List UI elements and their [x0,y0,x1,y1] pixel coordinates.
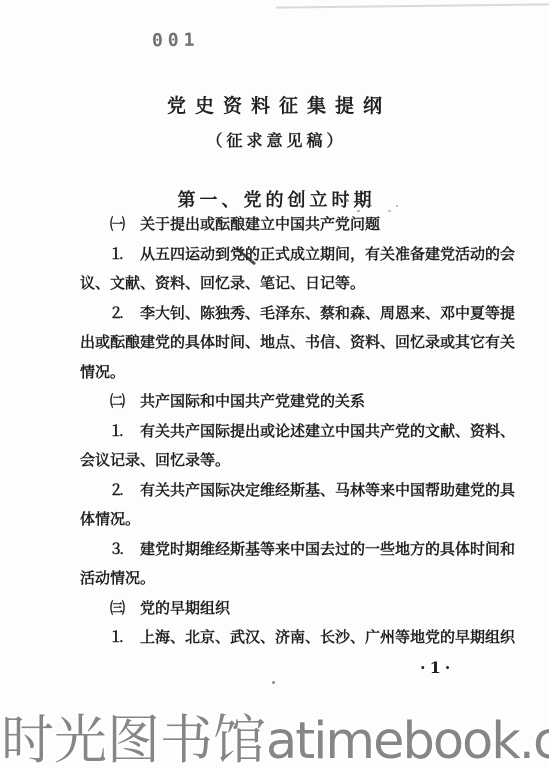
body-line: 活动情况。 [80,564,480,594]
page-number: ·1· [420,658,454,677]
body-line: ⒉ 有关共产国际决定维经斯基、马林等来中国帮助建党的具 [80,476,480,506]
ink-smudge [357,210,360,212]
body-line: 出或酝酿建党的具体时间、地点、书信、资料、回忆录或其它有关 [80,328,480,358]
body-line: ⒉ 李大钊、陈独秀、毛泽东、蔡和森、周恩来、邓中夏等提 [80,299,480,329]
body-line: 会议记录、回忆录等。 [80,446,480,476]
ink-smudge [396,205,398,207]
body-line: ㈠ 关于提出或酝酿建立中国共产党问题 [80,210,480,240]
body-line: ㈢ 党的早期组织 [80,594,480,624]
ink-smudge [345,199,349,202]
watermark-en-text: atimebook.com [266,712,549,768]
body-line: ㈡ 共产国际和中国共产党建党的关系 [80,387,480,417]
body-line: ⒈ 有关共产国际提出或论述建立中国共产党的文献、资料、 [80,417,480,447]
watermark-cn-text: 时光图书馆 [1,710,266,768]
document-subtitle: （征求意见稿） [0,128,549,151]
body-line: 情况。 [80,358,480,388]
section-heading: 第一、党的创立时期 [0,186,549,212]
scan-edge-line [276,3,549,8]
scanned-document-page: 001 党史资料征集提纲 （征求意见稿） 第一、党的创立时期 ㈠ 关于提出或酝酿… [0,0,549,768]
ink-smudge [388,210,391,212]
body-line: ⒈ 上海、北京、武汉、济南、长沙、广州等地党的早期组织 [80,623,480,653]
document-title: 党史资料征集提纲 [0,91,549,118]
document-body: ㈠ 关于提出或酝酿建立中国共产党问题 ⒈ 从五四运动到党的正式成立期间，有关准备… [80,210,480,653]
body-line: ⒊ 建党时期维经斯基等来中国去过的一些地方的具体时间和 [80,535,480,565]
body-line: ⒈ 从五四运动到党的正式成立期间，有关准备建党活动的会 [80,240,480,270]
ink-smudge [272,681,275,684]
ink-smudge [340,219,343,222]
page-stamp-number: 001 [152,30,200,52]
body-line: 议、文献、资料、回忆录、笔记、日记等。 [80,269,480,299]
watermark: 时光图书馆atimebook.com [1,698,549,768]
body-line: 体情况。 [80,505,480,535]
